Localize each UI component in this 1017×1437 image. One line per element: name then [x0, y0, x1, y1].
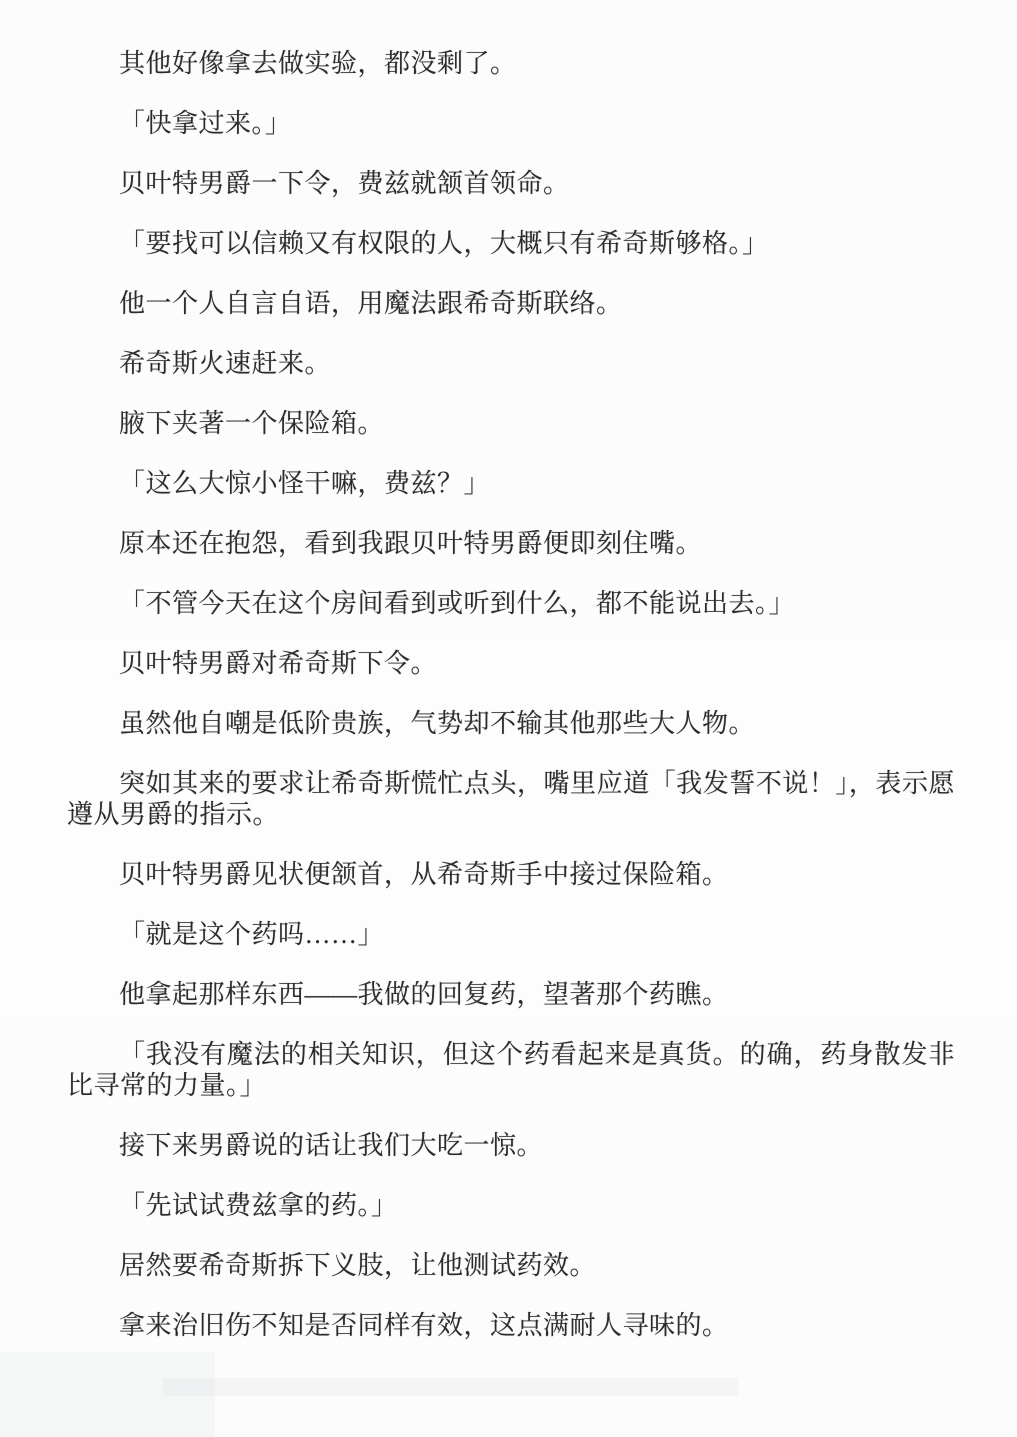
paragraph: 居然要希奇斯拆下义肢，让他测试药效。 [67, 1250, 955, 1281]
novel-text-page: 其他好像拿去做实验，都没剩了。 「快拿过来。」 贝叶特男爵一下令，费兹就颔首领命… [0, 0, 1017, 1437]
paragraph: 腋下夹著一个保险箱。 [67, 408, 955, 439]
paragraph-dialogue: 「不管今天在这个房间看到或听到什么，都不能说出去。」 [67, 588, 955, 619]
paragraph-dialogue: 「我没有魔法的相关知识，但这个药看起来是真货。的确，药身散发非比寻常的力量。」 [67, 1039, 955, 1101]
paragraph: 其他好像拿去做实验，都没剩了。 [67, 48, 955, 79]
scanned-novel-page: { "page": { "background_color": "#fcfcfd… [0, 0, 1017, 1437]
paragraph-dialogue: 「快拿过来。」 [67, 108, 955, 139]
paragraph: 贝叶特男爵一下令，费兹就颔首领命。 [67, 168, 955, 199]
paragraph: 虽然他自嘲是低阶贵族，气势却不输其他那些大人物。 [67, 708, 955, 739]
paragraph: 原本还在抱怨，看到我跟贝叶特男爵便即刻住嘴。 [67, 528, 955, 559]
paragraph: 他拿起那样东西——我做的回复药，望著那个药瞧。 [67, 979, 955, 1010]
paragraph: 拿来治旧伤不知是否同样有效，这点满耐人寻味的。 [67, 1310, 955, 1341]
paragraph: 贝叶特男爵见状便颔首，从希奇斯手中接过保险箱。 [67, 859, 955, 890]
paragraph-dialogue: 「先试试费兹拿的药。」 [67, 1190, 955, 1221]
paragraph-dialogue: 「这么大惊小怪干嘛，费兹？」 [67, 468, 955, 499]
paragraph: 他一个人自言自语，用魔法跟希奇斯联络。 [67, 288, 955, 319]
paragraph: 贝叶特男爵对希奇斯下令。 [67, 648, 955, 679]
paragraph-dialogue: 「就是这个药吗……」 [67, 919, 955, 950]
paragraph: 希奇斯火速赶来。 [67, 348, 955, 379]
paragraph-dialogue: 「要找可以信赖又有权限的人，大概只有希奇斯够格。」 [67, 228, 955, 259]
paragraph: 接下来男爵说的话让我们大吃一惊。 [67, 1130, 955, 1161]
paragraph: 突如其来的要求让希奇斯慌忙点头，嘴里应道「我发誓不说！」，表示愿遵从男爵的指示。 [67, 768, 955, 830]
